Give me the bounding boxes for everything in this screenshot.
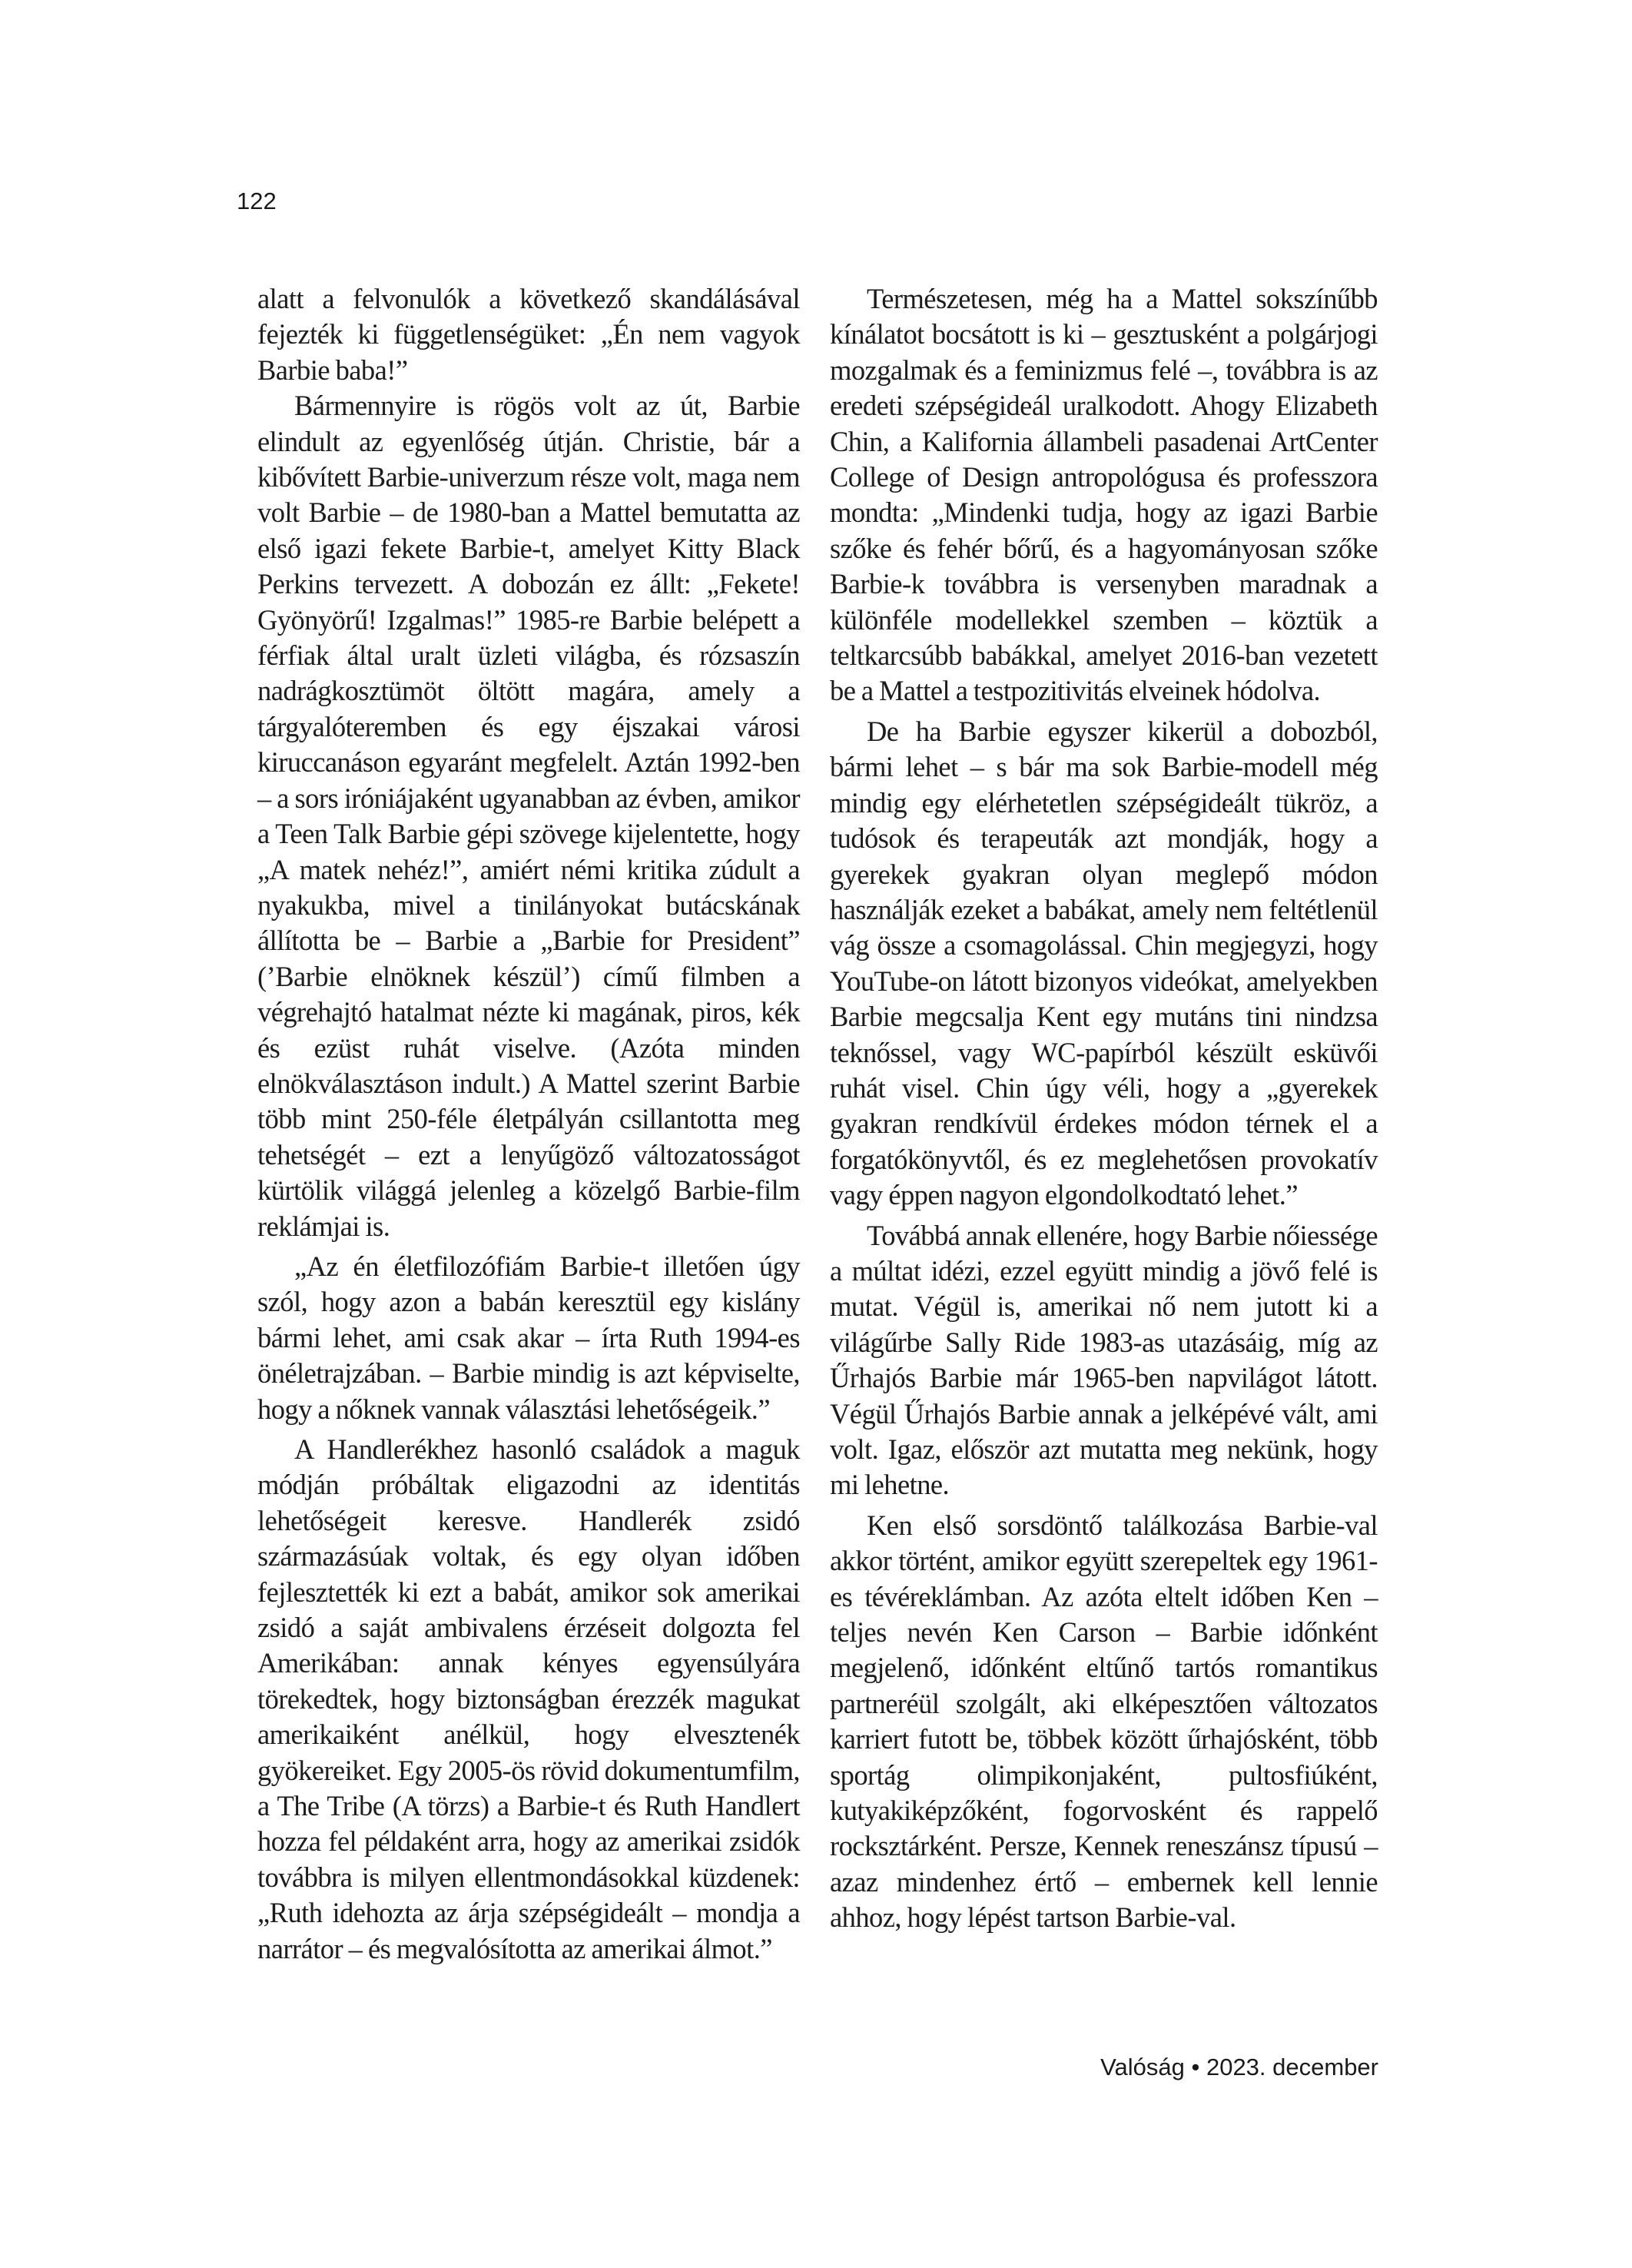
paragraph: alatt a felvonulók a következő skandálás…	[257, 281, 800, 388]
paragraph: Ken első sorsdöntő találkozása Barbie-va…	[830, 1508, 1378, 1936]
paragraph: Természetesen, még ha a Mattel sokszínűb…	[830, 281, 1378, 709]
paragraph: Bármennyire is rögös volt az út, Barbie …	[257, 388, 800, 1244]
paragraph: A Handlerékhez hasonló családok a maguk …	[257, 1432, 800, 1967]
page-footer: Valóság • 2023. december	[1100, 2054, 1378, 2081]
paragraph: „Az én életfilozófiám Barbie-t illetően …	[257, 1249, 800, 1427]
page-number: 122	[237, 188, 277, 215]
paragraph: Továbbá annak ellenére, hogy Barbie nőie…	[830, 1218, 1378, 1503]
left-column: alatt a felvonulók a következő skandálás…	[257, 281, 800, 1967]
paragraph: De ha Barbie egyszer kikerül a dobozból,…	[830, 714, 1378, 1214]
right-column: Természetesen, még ha a Mattel sokszínűb…	[830, 281, 1378, 1936]
